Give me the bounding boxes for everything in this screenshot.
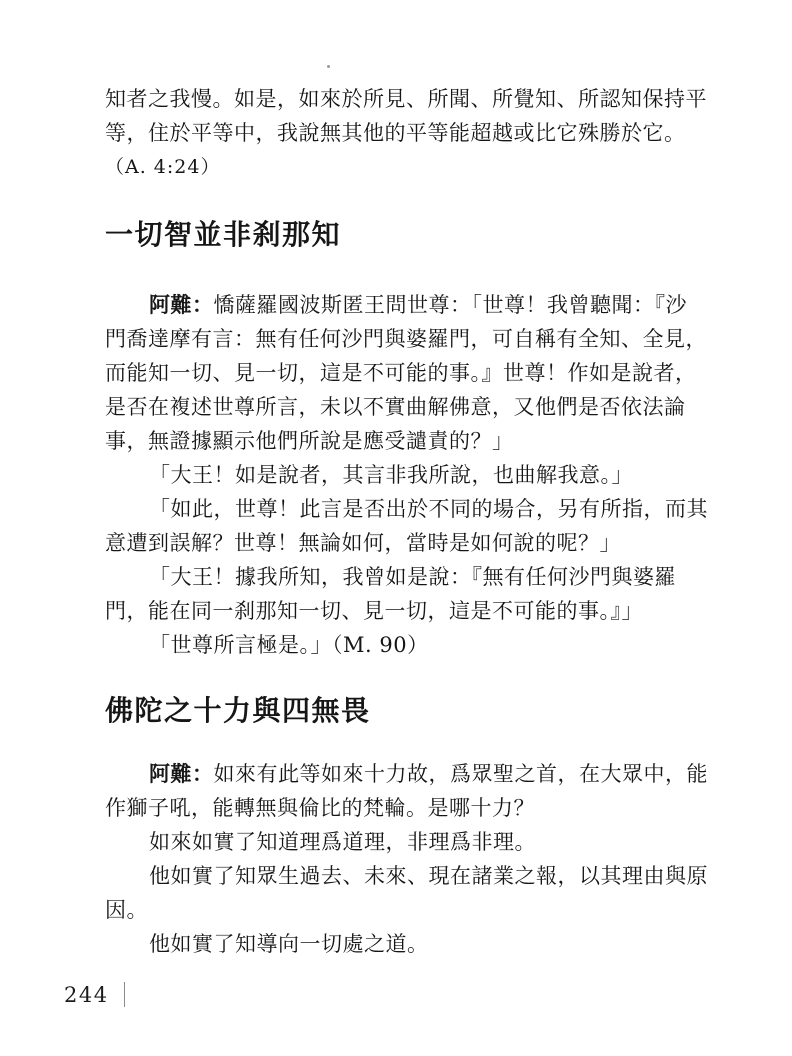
paragraph: 「大王！據我所知，我曾如是說：『無有任何沙門與婆羅 門，能在同一刹那知一切、見一…	[105, 560, 705, 628]
section-heading: 佛陀之十力與四無畏	[105, 690, 705, 732]
paragraph-text: 憍薩羅國波斯匿王問世尊：「世尊！我曾聽聞：『沙	[214, 293, 688, 317]
paragraph-line: 知者之我慢。如是，如來於所見、所聞、所覺知、所認知保持平	[105, 82, 705, 116]
paragraph-line: 「大王！如是說者，其言非我所說，也曲解我意。」	[105, 458, 705, 492]
paragraph-line: 而能知一切、見一切，這是不可能的事。』世尊！作如是說者，	[105, 356, 705, 390]
paragraph-line: 因。	[105, 893, 705, 927]
paragraph-line: 事，無證據顯示他們所說是應受譴責的？」	[105, 424, 705, 458]
paragraph-line: 阿難：如來有此等如來十力故，爲眾聖之首，在大眾中，能	[105, 757, 705, 791]
paragraph-line: 他如實了知導向一切處之道。	[105, 927, 705, 961]
section-heading: 一切智並非刹那知	[105, 214, 705, 256]
paragraph-line: 「大王！據我所知，我曾如是說：『無有任何沙門與婆羅	[105, 560, 705, 594]
paragraph-line: 阿難：憍薩羅國波斯匿王問世尊：「世尊！我曾聽聞：『沙	[105, 288, 705, 322]
page-number: 244	[64, 983, 109, 1007]
paragraph: 知者之我慢。如是，如來於所見、所聞、所覺知、所認知保持平 等，住於平等中，我說無…	[105, 82, 705, 184]
paragraph: 他如實了知導向一切處之道。	[105, 927, 705, 961]
paragraph-line: 如來如實了知道理爲道理，非理爲非理。	[105, 825, 705, 859]
book-page: 知者之我慢。如是，如來於所見、所聞、所覺知、所認知保持平 等，住於平等中，我說無…	[0, 0, 792, 1056]
paragraph: 「世尊所言極是。」（M. 90）	[105, 628, 705, 662]
paragraph-line: 等，住於平等中，我說無其他的平等能超越或比它殊勝於它。	[105, 116, 705, 150]
page-body: 知者之我慢。如是，如來於所見、所聞、所覺知、所認知保持平 等，住於平等中，我說無…	[105, 82, 705, 961]
paragraph-line: 「如此，世尊！此言是否出於不同的場合，另有所指，而其	[105, 492, 705, 526]
paragraph-line: 門，能在同一刹那知一切、見一切，這是不可能的事。』」	[105, 594, 705, 628]
paragraph-text: 如來有此等如來十力故，爲眾聖之首，在大眾中，能	[214, 762, 709, 786]
footer-divider	[124, 982, 125, 1007]
paragraph-line: 他如實了知眾生過去、未來、現在諸業之報，以其理由與原	[105, 859, 705, 893]
paragraph-line: 作獅子吼，能轉無與倫比的梵輪。是哪十力？	[105, 791, 705, 825]
speaker-label: 阿難：	[149, 292, 214, 317]
paragraph-line: 是否在複述世尊所言，未以不實曲解佛意，又他們是否依法論	[105, 390, 705, 424]
paragraph: 「大王！如是說者，其言非我所說，也曲解我意。」	[105, 458, 705, 492]
paragraph: 他如實了知眾生過去、未來、現在諸業之報，以其理由與原 因。	[105, 859, 705, 927]
sutta-citation: （A. 4:24）	[105, 150, 705, 184]
scan-artifact-dot	[327, 65, 330, 68]
paragraph: 「如此，世尊！此言是否出於不同的場合，另有所指，而其 意遭到誤解？世尊！無論如何…	[105, 492, 705, 560]
speaker-label: 阿難：	[149, 761, 214, 786]
page-footer: 244	[64, 982, 125, 1007]
paragraph: 阿難：憍薩羅國波斯匿王問世尊：「世尊！我曾聽聞：『沙 門喬達摩有言：無有任何沙門…	[105, 288, 705, 458]
paragraph: 如來如實了知道理爲道理，非理爲非理。	[105, 825, 705, 859]
paragraph-line: 意遭到誤解？世尊！無論如何，當時是如何說的呢？」	[105, 526, 705, 560]
paragraph: 阿難：如來有此等如來十力故，爲眾聖之首，在大眾中，能 作獅子吼，能轉無與倫比的梵…	[105, 757, 705, 825]
paragraph-line: 門喬達摩有言：無有任何沙門與婆羅門，可自稱有全知、全見，	[105, 322, 705, 356]
paragraph-line: 「世尊所言極是。」（M. 90）	[105, 628, 705, 662]
